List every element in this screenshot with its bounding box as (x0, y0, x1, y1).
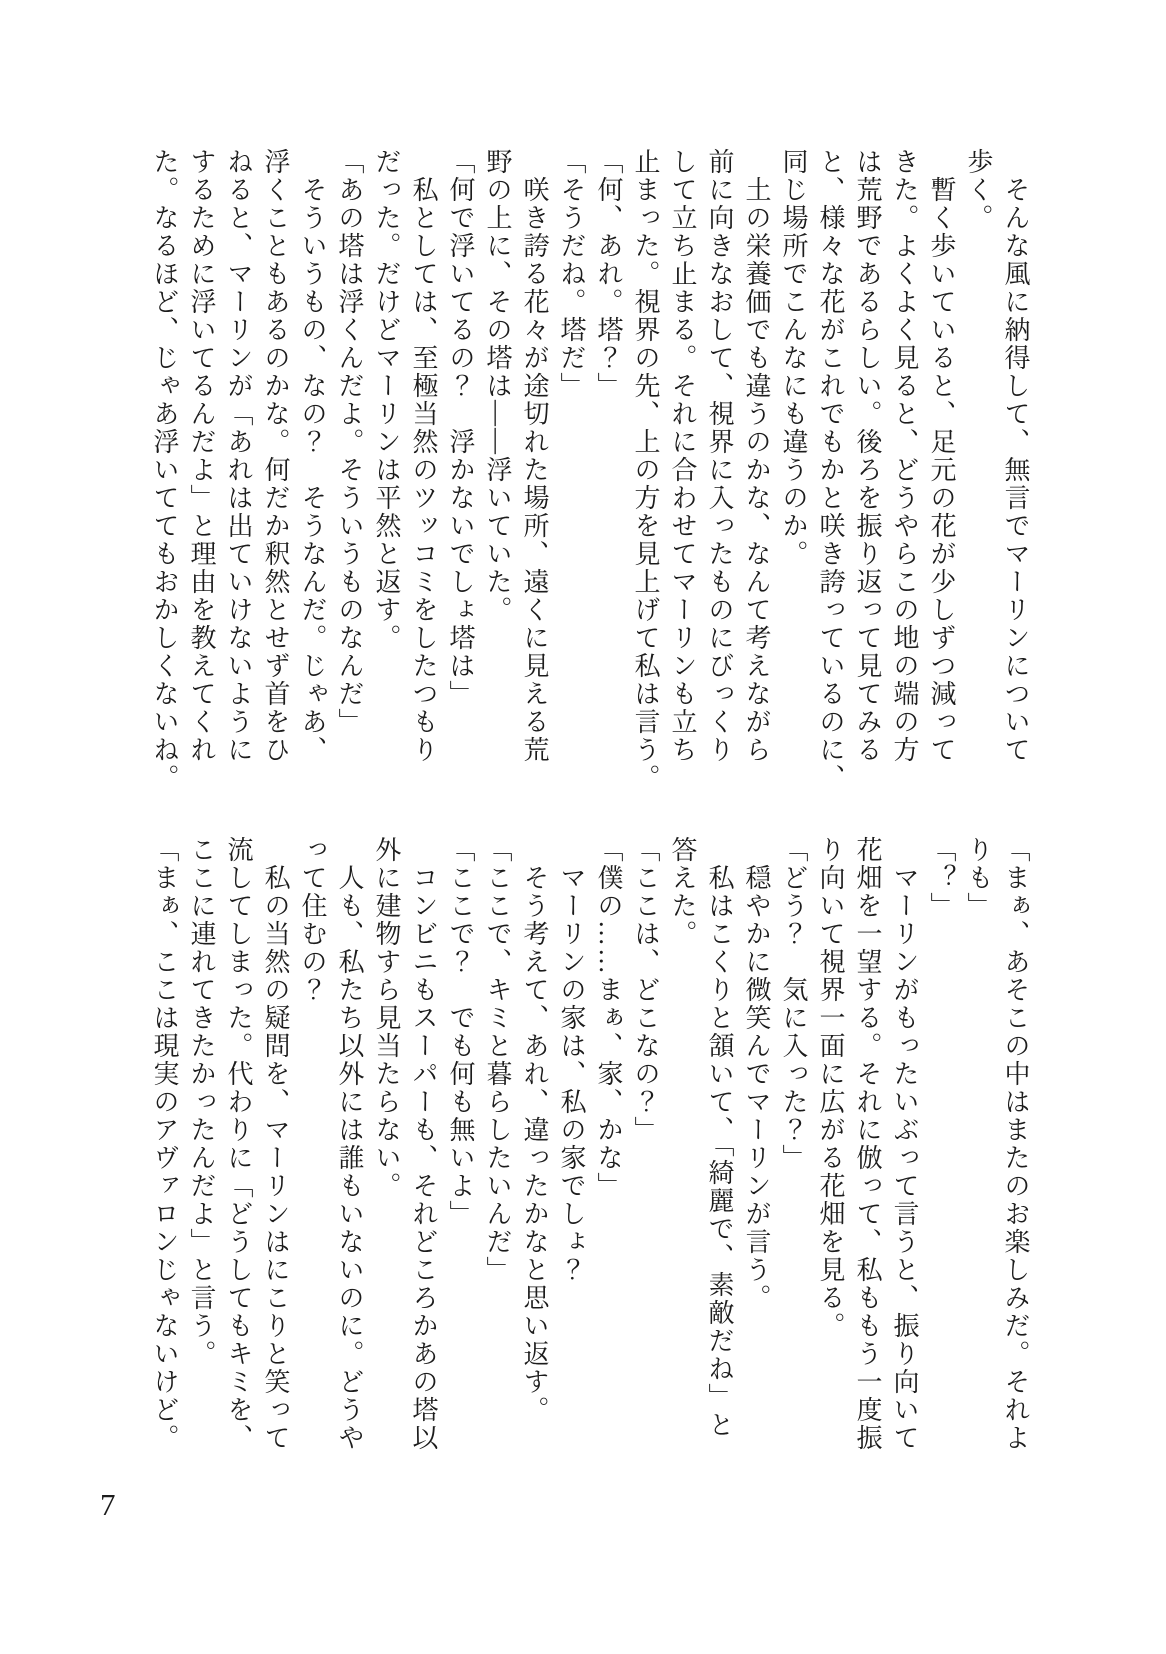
text-line: 同じ場所でこんなにも違うのか。 (775, 148, 812, 820)
text-line: 「何、あれ。塔？」 (590, 148, 627, 820)
text-line: 前に向きなおして、視界に入ったものにびっくり (701, 148, 738, 820)
text-line: するために浮いてるんだよ」と理由を教えてくれ (183, 148, 220, 820)
text-line: 私の当然の疑問を、マーリンはにこりと笑って (257, 836, 294, 1508)
text-line: コンビニもスーパーも、それどころかあの塔以 (405, 836, 442, 1508)
upper-text-block: そんな風に納得して、無言でマーリンについて歩く。 暫く歩いていると、足元の花が少… (146, 148, 1034, 820)
text-line: 私としては、至極当然のツッコミをしたつもり (405, 148, 442, 820)
text-line: 止まった。視界の先、上の方を見上げて私は言う。 (627, 148, 664, 820)
text-line: 答えた。 (664, 836, 701, 1508)
text-line: 咲き誇る花々が途切れた場所、遠くに見える荒 (516, 148, 553, 820)
text-line: た。なるほど、じゃあ浮いててもおかしくないね。 (146, 148, 183, 820)
text-line: 暫く歩いていると、足元の花が少しずつ減って (923, 148, 960, 820)
text-line: 「まぁ、あそこの中はまたのお楽しみだ。それよ (997, 836, 1034, 1508)
lower-text-block: 「まぁ、あそこの中はまたのお楽しみだ。それよりも」「？」 マーリンがもったいぶっ… (146, 836, 1034, 1508)
text-line: 「ここで？ でも何も無いよ」 (442, 836, 479, 1508)
text-line: そう考えて、あれ、違ったかなと思い返す。 (516, 836, 553, 1508)
text-line: きた。よくよく見ると、どうやらこの地の端の方 (886, 148, 923, 820)
text-line: 土の栄養価でも違うのかな、なんて考えながら (738, 148, 775, 820)
text-line: りも」 (960, 836, 997, 1508)
text-line: 外に建物すら見当たらない。 (368, 836, 405, 1508)
text-line: ねると、マーリンが「あれは出ていけないように (220, 148, 257, 820)
text-line: 私はこくりと頷いて、「綺麗で、素敵だね」と (701, 836, 738, 1508)
text-line: と、様々な花がこれでもかと咲き誇っているのに、 (812, 148, 849, 820)
text-line: 花畑を一望する。それに倣って、私ももう一度振 (849, 836, 886, 1508)
text-line: マーリンの家は、私の家でしょ？ (553, 836, 590, 1508)
text-line: そういうもの、なの？ そうなんだ。じゃあ、 (294, 148, 331, 820)
page-number: 7 (100, 1487, 116, 1523)
text-line: 「あの塔は浮くんだよ。そういうものなんだ」 (331, 148, 368, 820)
text-line: って住むの？ (294, 836, 331, 1508)
text-line: 流してしまった。代わりに「どうしてもキミを、 (220, 836, 257, 1508)
text-line: 「まぁ、ここは現実のアヴァロンじゃないけど。 (146, 836, 183, 1508)
text-line: り向いて視界一面に広がる花畑を見る。 (812, 836, 849, 1508)
text-line: 穏やかに微笑んでマーリンが言う。 (738, 836, 775, 1508)
text-line: 野の上に、その塔は――浮いていた。 (479, 148, 516, 820)
text-line: 人も、私たち以外には誰もいないのに。どうや (331, 836, 368, 1508)
text-line: 「僕の……まぁ、家、かな」 (590, 836, 627, 1508)
novel-page: そんな風に納得して、無言でマーリンについて歩く。 暫く歩いていると、足元の花が少… (0, 0, 1166, 1654)
text-line: 浮くこともあるのかな。何だか釈然とせず首をひ (257, 148, 294, 820)
text-line: 歩く。 (960, 148, 997, 820)
text-line: 「そうだね。塔だ」 (553, 148, 590, 820)
text-line: 「どう？ 気に入った？」 (775, 836, 812, 1508)
text-line: 「何で浮いてるの？ 浮かないでしょ塔は」 (442, 148, 479, 820)
text-line: マーリンがもったいぶって言うと、振り向いて (886, 836, 923, 1508)
text-line: して立ち止まる。それに合わせてマーリンも立ち (664, 148, 701, 820)
text-line: 「？」 (923, 836, 960, 1508)
text-line: は荒野であるらしい。後ろを振り返って見てみる (849, 148, 886, 820)
text-line: 「ここは、どこなの？」 (627, 836, 664, 1508)
text-line: ここに連れてきたかったんだよ」と言う。 (183, 836, 220, 1508)
text-line: だった。だけどマーリンは平然と返す。 (368, 148, 405, 820)
text-line: そんな風に納得して、無言でマーリンについて (997, 148, 1034, 820)
text-line: 「ここで、キミと暮らしたいんだ」 (479, 836, 516, 1508)
